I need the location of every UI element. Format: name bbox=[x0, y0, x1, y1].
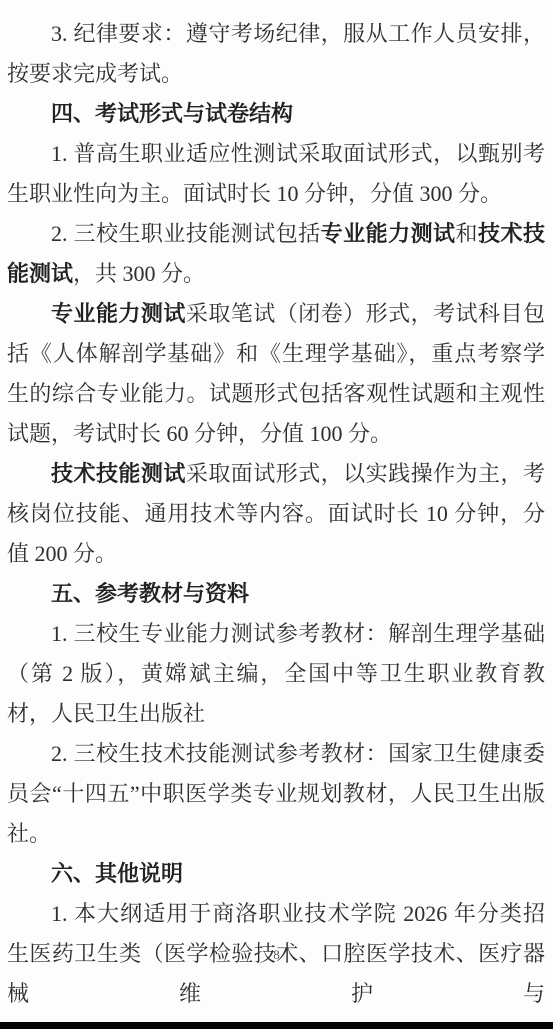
page-number: 8 bbox=[0, 946, 553, 964]
bottom-bar bbox=[0, 1022, 553, 1029]
text-run: ，共 300 分。 bbox=[73, 261, 205, 286]
paragraph: 技术技能测试采取面试形式，以实践操作为主，考核岗位技能、通用技术等内容。面试时长… bbox=[7, 454, 545, 574]
paragraph: 3. 纪律要求：遵守考场纪律，服从工作人员安排，按要求完成考试。 bbox=[7, 14, 545, 94]
text-run: 和 bbox=[456, 221, 478, 246]
paragraph: 1. 三校生专业能力测试参考教材：解剖生理学基础（第 2 版），黄嫦斌主编，全国… bbox=[7, 614, 545, 734]
section-heading: 六、其他说明 bbox=[7, 854, 545, 894]
paragraph: 2. 三校生技术技能测试参考教材：国家卫生健康委员会“十四五”中职医学类专业规划… bbox=[7, 734, 545, 854]
text-run: 3. 纪律要求：遵守考场纪律，服从工作人员安排，按要求完成考试。 bbox=[7, 21, 545, 86]
document-body: 3. 纪律要求：遵守考场纪律，服从工作人员安排，按要求完成考试。四、考试形式与试… bbox=[7, 14, 545, 1014]
text-run: 专业能力测试 bbox=[51, 301, 186, 326]
text-run: 六、其他说明 bbox=[51, 861, 183, 886]
text-run: 五、参考教材与资料 bbox=[51, 581, 249, 606]
text-run: 专业能力测试 bbox=[321, 221, 456, 246]
section-heading: 五、参考教材与资料 bbox=[7, 574, 545, 614]
section-heading: 四、考试形式与试卷结构 bbox=[7, 94, 545, 134]
paragraph: 专业能力测试采取笔试（闭卷）形式，考试科目包括《人体解剖学基础》和《生理学基础》… bbox=[7, 294, 545, 454]
text-run: 技术技能测试 bbox=[51, 461, 186, 486]
text-run: 2. 三校生职业技能测试包括 bbox=[51, 221, 321, 246]
text-run: 四、考试形式与试卷结构 bbox=[51, 101, 293, 126]
document-page: 3. 纪律要求：遵守考场纪律，服从工作人员安排，按要求完成考试。四、考试形式与试… bbox=[0, 0, 553, 1029]
text-run: 1. 三校生专业能力测试参考教材：解剖生理学基础（第 2 版），黄嫦斌主编，全国… bbox=[7, 621, 545, 726]
text-run: 2. 三校生技术技能测试参考教材：国家卫生健康委员会“十四五”中职医学类专业规划… bbox=[7, 741, 545, 846]
paragraph: 2. 三校生职业技能测试包括专业能力测试和技术技能测试，共 300 分。 bbox=[7, 214, 545, 294]
text-run: 1. 普高生职业适应性测试采取面试形式，以甄别考生职业性向为主。面试时长 10 … bbox=[7, 141, 545, 206]
paragraph: 1. 普高生职业适应性测试采取面试形式，以甄别考生职业性向为主。面试时长 10 … bbox=[7, 134, 545, 214]
